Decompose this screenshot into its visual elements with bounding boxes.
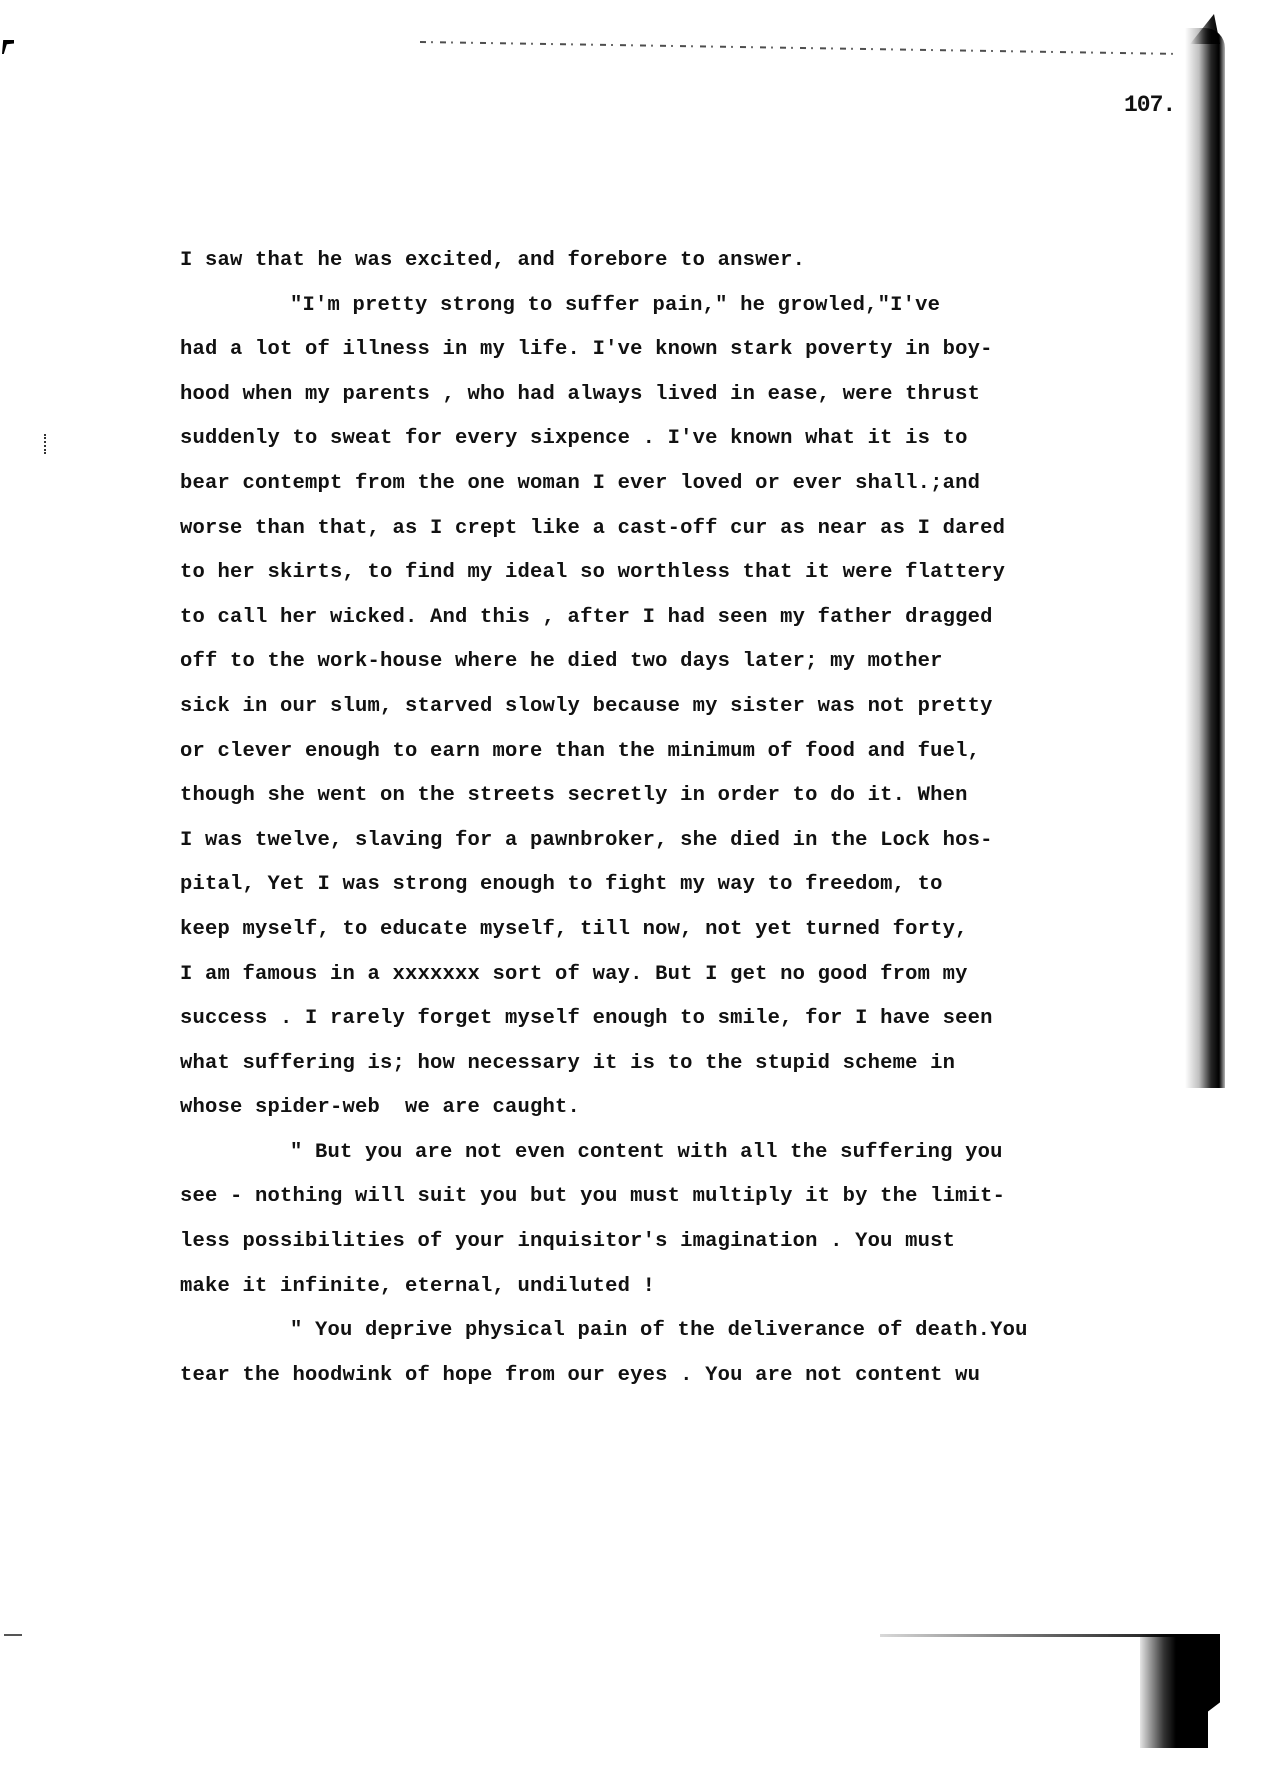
scanned-page: 107. I saw that he was excited, and fore… bbox=[0, 0, 1274, 1788]
scan-corner-mark bbox=[2, 40, 14, 54]
text-line: what suffering is; how necessary it is t… bbox=[180, 1049, 1190, 1094]
text-line: I saw that he was excited, and forebore … bbox=[180, 246, 1190, 291]
text-line: sick in our slum, starved slowly because… bbox=[180, 692, 1190, 737]
text-line: or clever enough to earn more than the m… bbox=[180, 737, 1190, 782]
text-line: though she went on the streets secretly … bbox=[180, 781, 1190, 826]
scan-bottom-shadow bbox=[1140, 1634, 1220, 1748]
text-line: success . I rarely forget myself enough … bbox=[180, 1004, 1190, 1049]
text-line: to call her wicked. And this , after I h… bbox=[180, 603, 1190, 648]
text-line: " But you are not even content with all … bbox=[180, 1138, 1190, 1183]
scan-binding-shadow bbox=[1185, 28, 1225, 1088]
scan-top-edge bbox=[420, 41, 1180, 55]
text-line: off to the work-house where he died two … bbox=[180, 647, 1190, 692]
text-line: "I'm pretty strong to suffer pain," he g… bbox=[180, 291, 1190, 336]
text-line: tear the hoodwink of hope from our eyes … bbox=[180, 1361, 1190, 1406]
text-line: " You deprive physical pain of the deliv… bbox=[180, 1316, 1190, 1361]
text-line: had a lot of illness in my life. I've kn… bbox=[180, 335, 1190, 380]
scan-margin-speck bbox=[44, 434, 50, 454]
text-line: hood when my parents , who had always li… bbox=[180, 380, 1190, 425]
text-line: make it infinite, eternal, undiluted ! bbox=[180, 1272, 1190, 1317]
typewritten-body: I saw that he was excited, and forebore … bbox=[180, 246, 1190, 1405]
text-line: see - nothing will suit you but you must… bbox=[180, 1182, 1190, 1227]
text-line: I am famous in a xxxxxxx sort of way. Bu… bbox=[180, 960, 1190, 1005]
text-line: keep myself, to educate myself, till now… bbox=[180, 915, 1190, 960]
text-line: bear contempt from the one woman I ever … bbox=[180, 469, 1190, 514]
text-line: pital, Yet I was strong enough to fight … bbox=[180, 870, 1190, 915]
text-line: I was twelve, slaving for a pawnbroker, … bbox=[180, 826, 1190, 871]
text-line: whose spider-web we are caught. bbox=[180, 1093, 1190, 1138]
page-number: 107. bbox=[1124, 92, 1175, 118]
text-line: suddenly to sweat for every sixpence . I… bbox=[180, 424, 1190, 469]
scan-margin-mark bbox=[4, 1634, 22, 1636]
text-line: less possibilities of your inquisitor's … bbox=[180, 1227, 1190, 1272]
text-line: to her skirts, to find my ideal so worth… bbox=[180, 558, 1190, 603]
text-line: worse than that, as I crept like a cast-… bbox=[180, 514, 1190, 559]
